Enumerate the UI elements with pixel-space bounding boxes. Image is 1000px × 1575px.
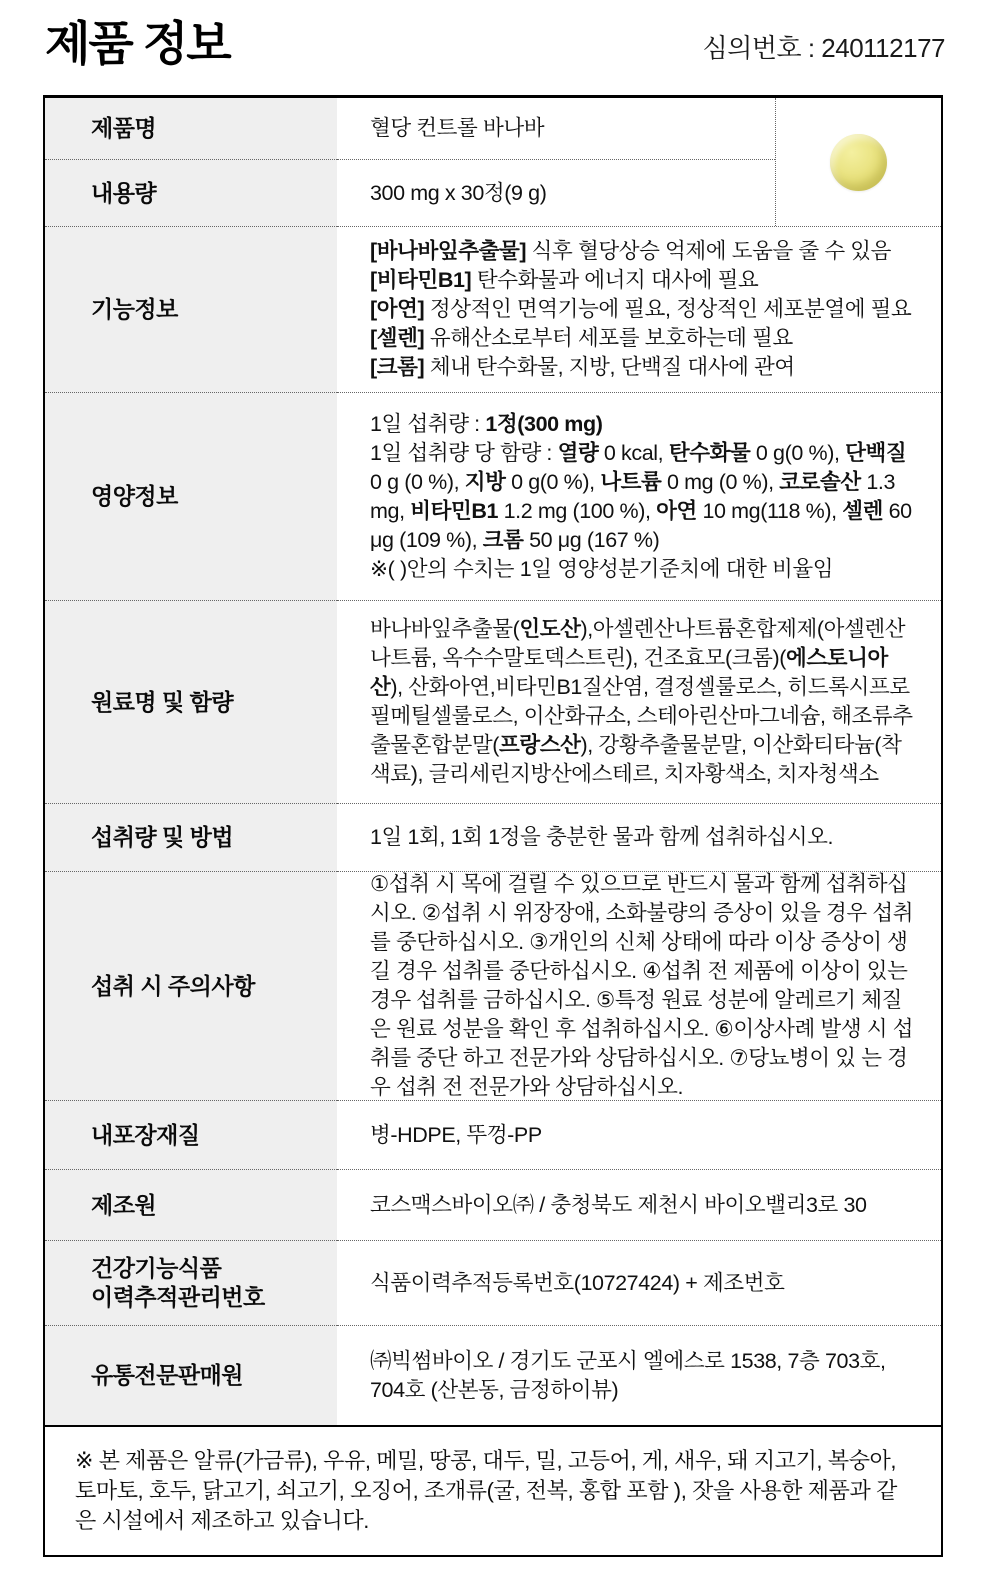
net-content-value: 300 mg x 30정(9 g) [337,159,775,226]
review-number: 심의번호 : 240112177 [703,28,945,70]
ingredients-value: 바나바잎추출물(인도산),아셀렌산나트륨혼합제제(아셀렌산나트륨, 옥수수말토덱… [337,600,941,803]
precautions-value: ①섭취 시 목에 걸릴 수 있으므로 반드시 물과 함께 섭취하십시오. ②섭취… [337,871,941,1100]
manufacturer-label: 제조원 [45,1169,337,1240]
intake-method-label: 섭취량 및 방법 [45,803,337,871]
product-name-label: 제품명 [45,98,337,159]
page-header: 제품 정보 심의번호 : 240112177 [45,18,945,70]
product-info-page: 제품 정보 심의번호 : 240112177 제품명 혈당 컨트롤 바나바 내용… [0,0,1000,1575]
nutrition-info-label: 영양정보 [45,392,337,600]
net-content-label: 내용량 [45,159,337,226]
manufacturer-value: 코스맥스바이오㈜ / 충청북도 제천시 바이오밸리3로 30 [337,1169,941,1240]
function-info-value: [바나바잎추출물] 식후 혈당상승 억제에 도움을 줄 수 있음 [비타민B1]… [337,226,941,392]
function-info-label: 기능정보 [45,226,337,392]
product-name-value: 혈당 컨트롤 바나바 [337,98,775,159]
packaging-material-label: 내포장재질 [45,1100,337,1169]
nutrition-info-value: 1일 섭취량 : 1정(300 mg) 1일 섭취량 당 함량 : 열량 0 k… [337,392,941,600]
precautions-label: 섭취 시 주의사항 [45,871,337,1100]
intake-method-value: 1일 1회, 1회 1정을 충분한 물과 함께 섭취하십시오. [337,803,941,871]
page-title: 제품 정보 [45,18,230,70]
allergen-note: ※ 본 제품은 알류(가금류), 우유, 메밀, 땅콩, 대두, 밀, 고등어,… [45,1425,941,1555]
tablet-photo [830,134,887,191]
traceability-number-value: 식품이력추적등록번호(10727424) + 제조번호 [337,1240,941,1325]
distributor-value: ㈜빅썸바이오 / 경기도 군포시 엘에스로 1538, 7층 703호, 704… [337,1325,941,1425]
ingredients-label: 원료명 및 함량 [45,600,337,803]
product-photo-cell [775,98,941,226]
packaging-material-value: 병-HDPE, 뚜껑-PP [337,1100,941,1169]
traceability-number-label: 건강기능식품 이력추적관리번호 [45,1240,337,1325]
product-info-table: 제품명 혈당 컨트롤 바나바 내용량 300 mg x 30정(9 g) 기능정… [43,95,943,1557]
distributor-label: 유통전문판매원 [45,1325,337,1425]
